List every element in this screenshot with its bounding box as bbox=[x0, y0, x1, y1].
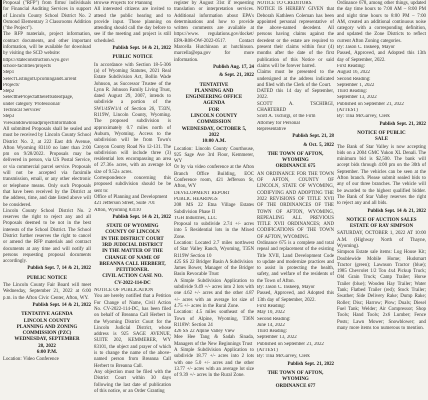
notice-columns: Proposal ("RFP") from firms/ individuals… bbox=[0, 0, 428, 395]
notice-paragraph: In accordance with Section 18-5-306 (a) … bbox=[94, 63, 171, 176]
notice-heading: WEDNESDAY, SEPTEMBER bbox=[3, 337, 91, 343]
notice-paragraph: You are hereby notified that a Petition … bbox=[94, 294, 171, 370]
notice-paragraph: Claims must be presented to the undersig… bbox=[257, 70, 334, 89]
notice-paragraph: Passed, Approved, and Adopted this 13th … bbox=[257, 291, 334, 304]
column-5: Ordinance 678, among other things, updat… bbox=[337, 1, 426, 395]
notice-heading: 10:00 A.M. bbox=[174, 139, 254, 145]
notice-paragraph: NOTICE IS HEREBY GIVEN that Deborah Kath… bbox=[257, 7, 334, 70]
column-2: Browse Projects for PlanningAll interest… bbox=[94, 1, 171, 395]
notice-paragraph: The RFP materials, project information, … bbox=[3, 32, 91, 57]
notice-paragraph: Proposal to subdivide 2.74 +/- acres int… bbox=[174, 222, 254, 241]
notice-paragraph: All interested citizens are invited to a… bbox=[94, 7, 171, 45]
publish-line: Publish Sept. 14 & 21, 2022 bbox=[94, 46, 171, 52]
notice-paragraph: Simpson Estate sale items: Log House Kit… bbox=[337, 250, 426, 332]
notice-paragraph: register by August 31st if requesting tr… bbox=[174, 1, 254, 64]
notice-heading: SALE bbox=[337, 137, 426, 143]
notice-heading: COUNTY OF LINCOLN bbox=[94, 230, 171, 236]
notice-line: Afton, Wyoming 83110 bbox=[94, 208, 171, 214]
notice-paragraph: Any objection must be filed with the Dis… bbox=[94, 370, 171, 395]
notice-paragraph: A Simple Subdivision Application to subd… bbox=[174, 348, 254, 379]
publish-line: Publish Sept. 21, 2022 bbox=[337, 122, 426, 128]
notice-paragraph: Correspondence concerning this proposed … bbox=[94, 176, 171, 195]
publish-line: Publish Sept. 14 & 21, 2022 bbox=[337, 209, 426, 215]
notice-paragraph: AN ORDINANCE FOR THE TOWN OF AFTON, COUN… bbox=[257, 172, 334, 241]
publish-line: Publish Sept. 7, 14 & 21, 2022 bbox=[3, 266, 91, 272]
public-notices-page: Proposal ("RFP") from firms/ individuals… bbox=[0, 0, 428, 400]
notice-paragraph: Lincoln County School District No. 2 res… bbox=[3, 209, 91, 266]
notice-heading: ORDINANCE 677 bbox=[257, 384, 334, 390]
notice-paragraph: Mee Hee Tang & Sadah Sinada, Managers of… bbox=[174, 335, 254, 348]
notice-paragraph: DATED this 14 day of September, 2022. bbox=[257, 89, 334, 102]
notice-paragraph: SATURDAY, OCTOBER 1, 2022 AT 10:00 A.M. … bbox=[337, 231, 426, 250]
page-edge-rule bbox=[0, 0, 2, 90]
notice-paragraph: James Bower, Manager of the Bridger Basi… bbox=[174, 266, 254, 279]
notice-paragraph: The Bank of Star Valley is now accepting… bbox=[337, 145, 426, 208]
column-4: NOTICE TO CREDITORS.NOTICE IS HEREBY GIV… bbox=[257, 1, 334, 395]
notice-paragraph: Ordinance 678, among other things, updat… bbox=[337, 1, 426, 45]
notice-paragraph: The Lincoln County Fair Board will meet … bbox=[3, 283, 91, 302]
notice-paragraph: Ordinance 675 is a complete and total re… bbox=[257, 241, 334, 285]
notice-paragraph: Proposal ("RFP") from firms/ individuals… bbox=[3, 1, 91, 32]
notice-paragraph: All submitted Proposals shall be sealed … bbox=[3, 127, 91, 209]
notice-heading: WEDNESDAY, OCTOBER 5, bbox=[174, 127, 254, 133]
notice-line: Representative bbox=[257, 127, 334, 133]
notice-heading: ESTATE OF RAY SIMPSON bbox=[337, 224, 426, 230]
notice-heading: PUBLIC NOTICE bbox=[94, 55, 171, 61]
notice-paragraph: SCOTT A. TSCHIRGI, CHARTERED bbox=[257, 102, 334, 115]
column-1: Proposal ("RFP") from firms/ individuals… bbox=[3, 1, 91, 395]
notice-heading: CV-2022-114-DC bbox=[94, 281, 171, 287]
notice-heading: 6:00 P.M. bbox=[3, 350, 91, 356]
publish-line: & Oct. 5, 2022 bbox=[257, 143, 334, 149]
notice-paragraph: 208 MS 22 Etna Village Estates Subdivisi… bbox=[174, 203, 254, 216]
notice-line: By: Tina McGarvey, Clerk bbox=[257, 354, 334, 360]
notice-paragraph: Location: 4.5 miles southeast of the Tow… bbox=[174, 310, 254, 329]
publish-line: Publish Sept. 14 & 21, 2022 bbox=[3, 303, 91, 309]
publish-line: Publish Sept. 21, 28 bbox=[257, 134, 334, 140]
publish-line: Publish Sept. 21, 2022 bbox=[257, 362, 334, 368]
publish-line: Publish Sept. 14 & 21, 2022 bbox=[94, 215, 171, 221]
notice-paragraph: Or by via video conference at the Afton … bbox=[174, 165, 254, 190]
notice-paragraph: Location: Located 2.7 miles northwest of… bbox=[174, 241, 254, 260]
notice-paragraph: Location: Lincoln County Courthouse, 925… bbox=[174, 147, 254, 166]
publish-line: & Sept. 21, 2022 bbox=[174, 73, 254, 79]
notice-heading: CIVIL ACTION CASE NO. bbox=[94, 274, 171, 280]
notice-heading: PUBLIC NOTICE bbox=[3, 276, 91, 282]
column-3: register by August 31st if requesting tr… bbox=[174, 1, 254, 395]
publish-line: Publish Aug. 17, 24 bbox=[174, 65, 254, 71]
notice-heading: IN THE MATTER OF THE bbox=[94, 249, 171, 255]
notice-heading: CHANGE OF NAME OF bbox=[94, 256, 171, 262]
notice-paragraph: Passed, Approved, and Adopted this 13th … bbox=[337, 51, 426, 64]
notice-paragraph: A Simple Subdivision Application to subd… bbox=[174, 279, 254, 310]
notice-paragraph: Location: Video Conference bbox=[3, 357, 91, 363]
notice-line: By: Tina McGarvey, Clerk bbox=[337, 114, 426, 120]
notice-heading: ORDINANCE 675 bbox=[257, 164, 334, 170]
